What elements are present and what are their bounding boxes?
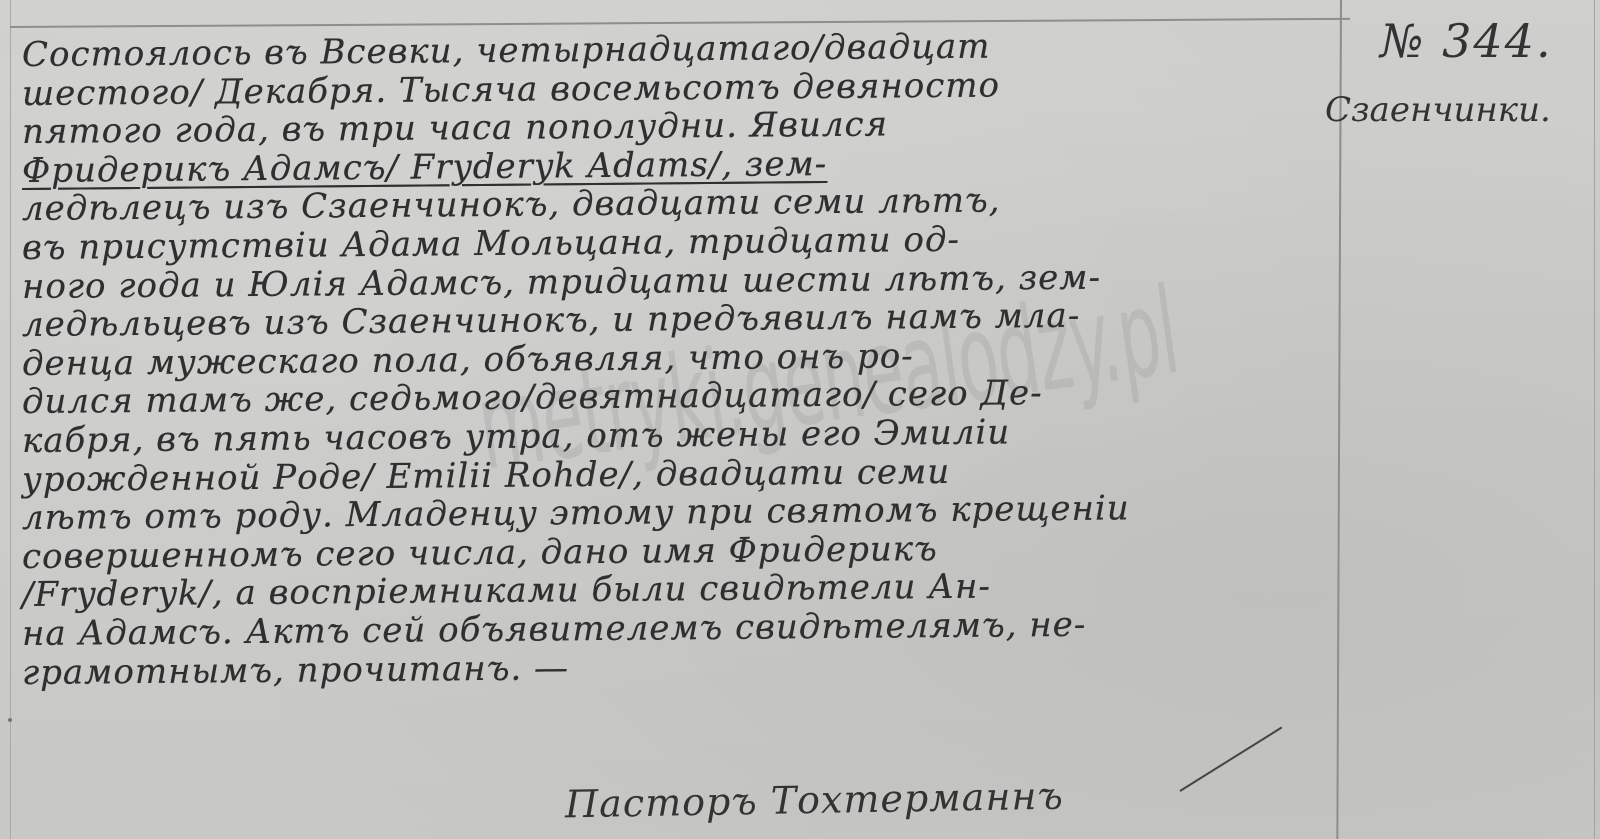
right-page-edge-rule — [1594, 0, 1595, 839]
scanned-record-page: metryki.genealodzy.pl Состоялось въ Всев… — [0, 0, 1600, 839]
pastor-signature: Пасторъ Тохтерманнъ — [565, 774, 1064, 827]
record-body: Состоялось въ Всевки, четырнадцатаго/два… — [22, 36, 1332, 692]
signature-flourish — [1179, 727, 1282, 792]
ink-dot — [8, 718, 12, 722]
left-page-edge-rule — [10, 0, 11, 839]
entry-number: № 344. — [1380, 14, 1553, 68]
margin-village-name: Сзаенчинки. — [1325, 90, 1551, 130]
